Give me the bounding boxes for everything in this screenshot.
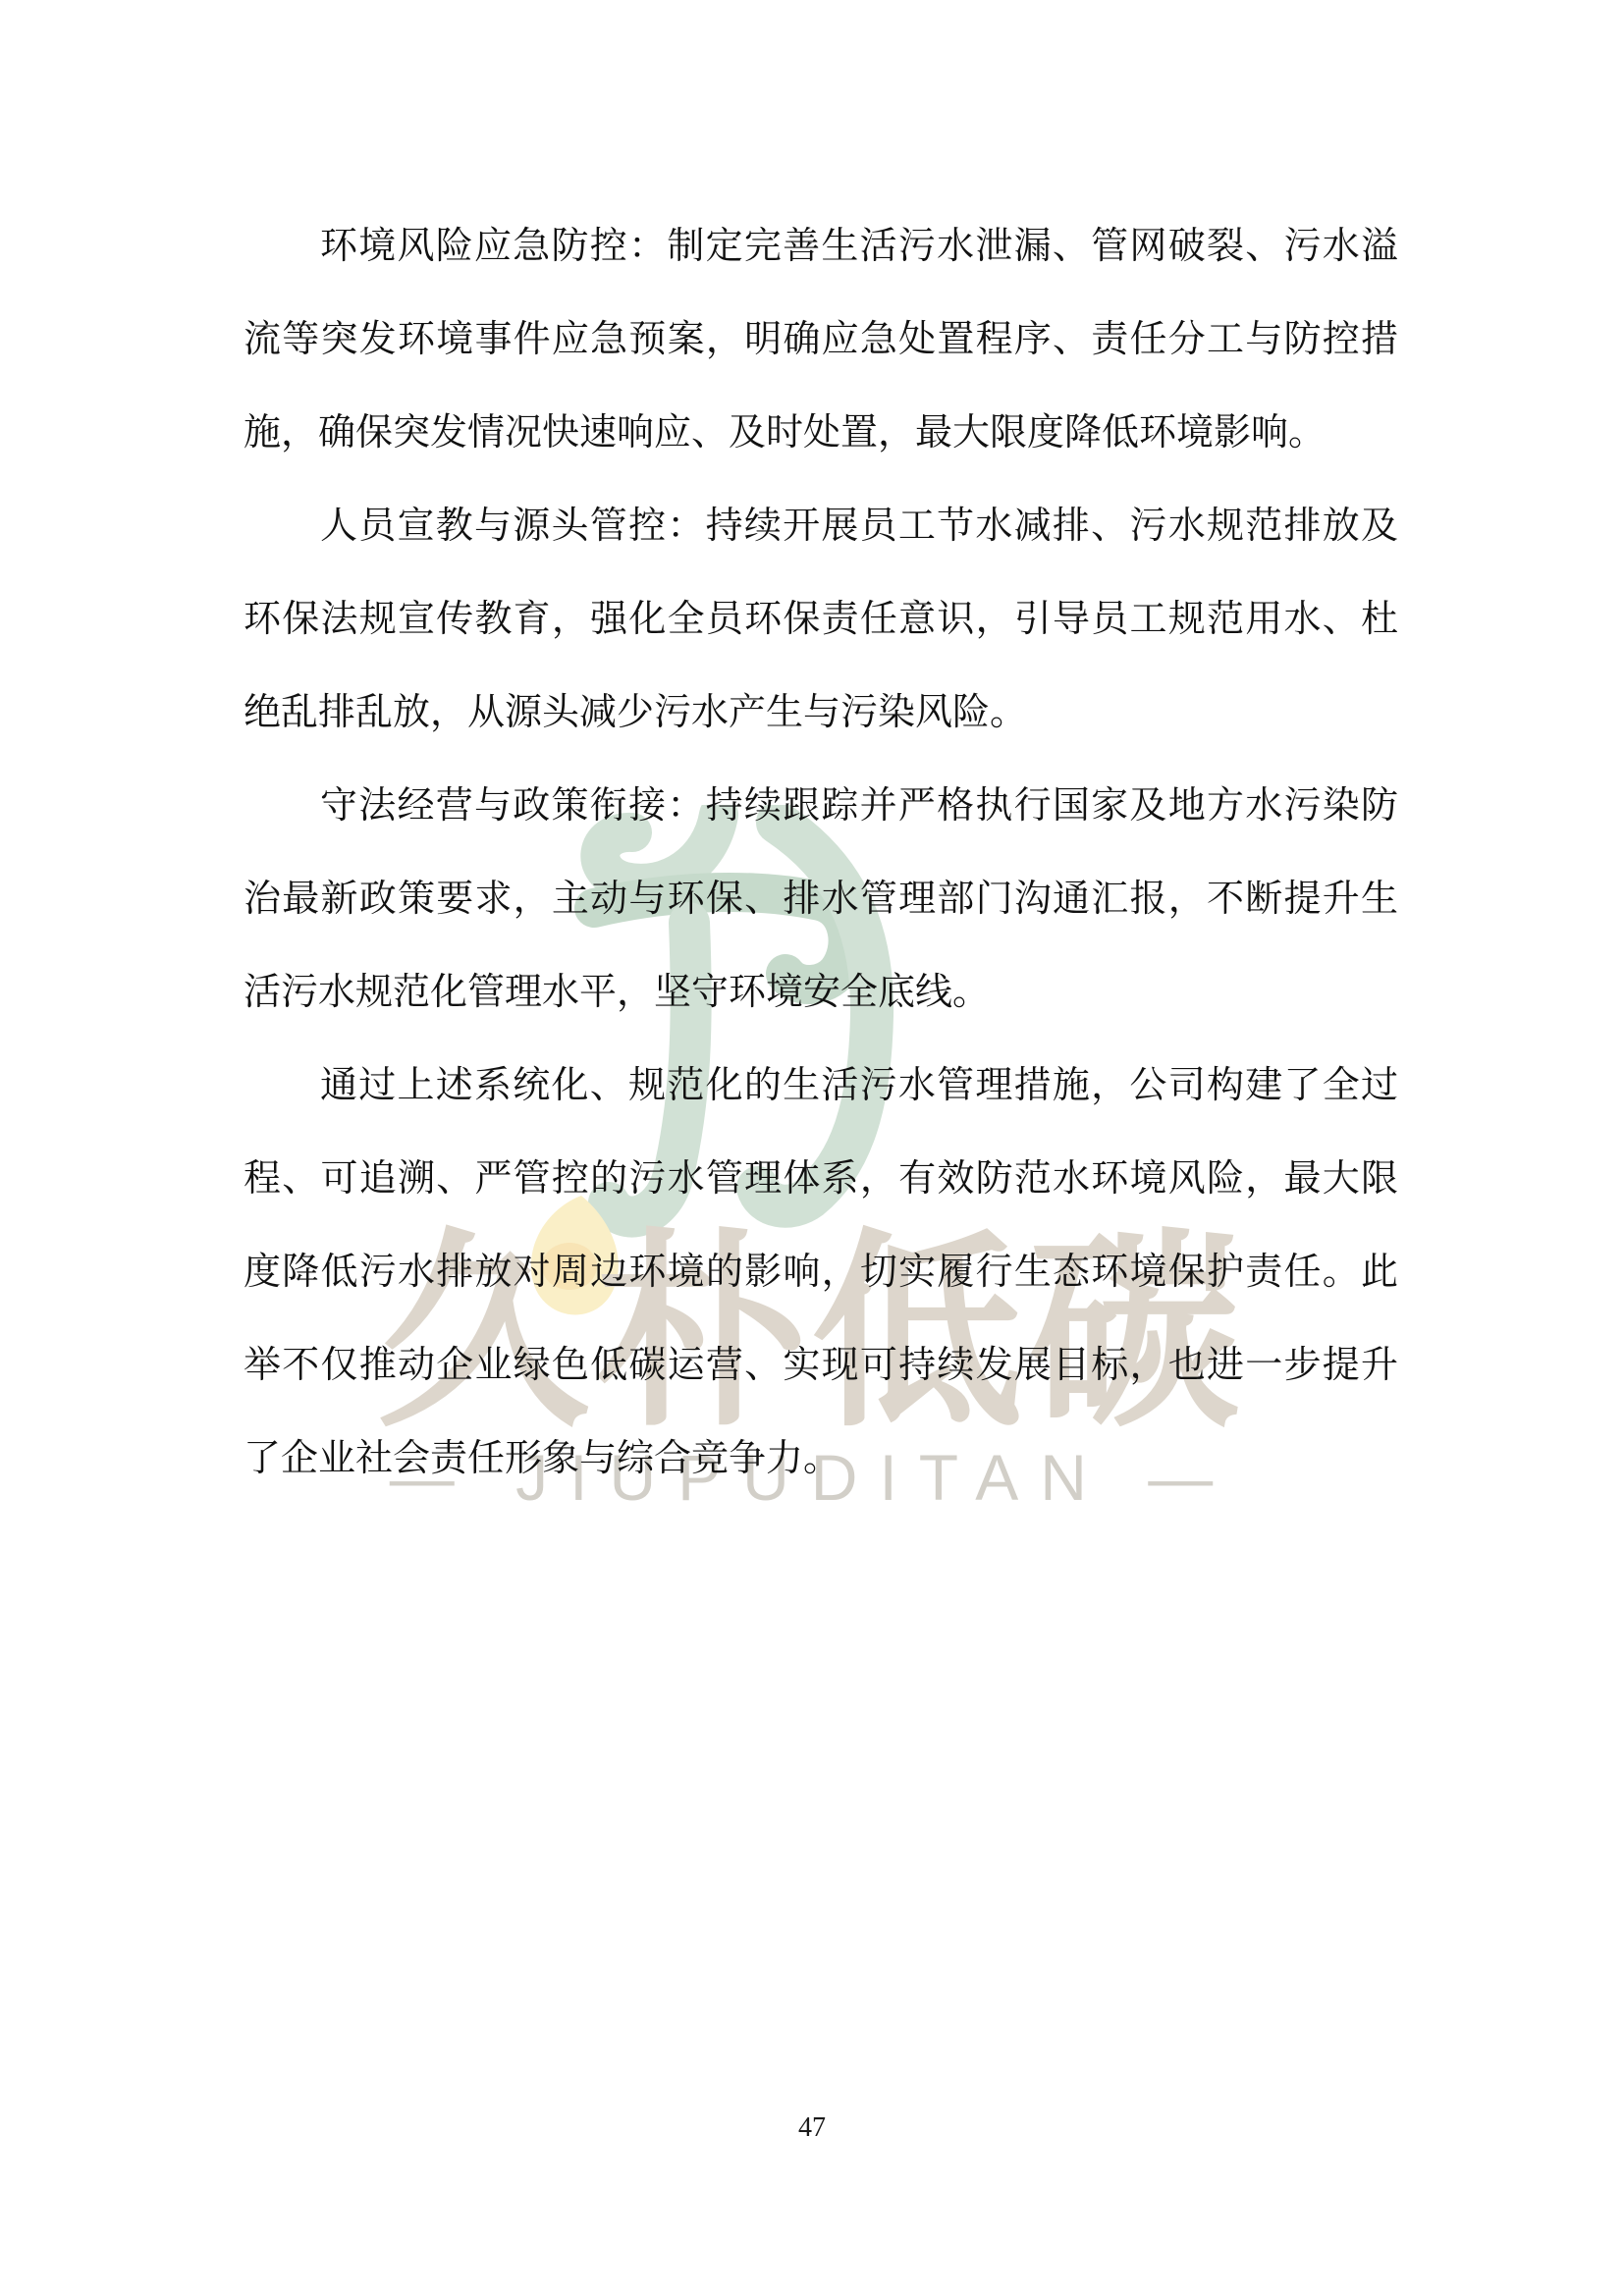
paragraph-line: 流等突发环境事件应急预案，明确应急处置程序、责任分工与防控措 xyxy=(244,294,1398,387)
paragraph-line: 环境风险应急防控：制定完善生活污水泄漏、管网破裂、污水溢 xyxy=(244,200,1398,294)
paragraph: 通过上述系统化、规范化的生活污水管理措施，公司构建了全过 程、可追溯、严管控的污… xyxy=(244,1040,1398,1506)
paragraph-line: 举不仅推动企业绿色低碳运营、实现可持续发展目标，也进一步提升 xyxy=(244,1319,1398,1413)
paragraph-line: 人员宣教与源头管控：持续开展员工节水减排、污水规范排放及 xyxy=(244,480,1398,573)
page-number: 47 xyxy=(0,2112,1624,2144)
document-page: 久朴低碳 — JIUPUDITAN — 环境风险应急防控：制定完善生活污水泄漏、… xyxy=(0,0,1624,2296)
paragraph-line: 施，确保突发情况快速响应、及时处置，最大限度降低环境影响。 xyxy=(244,387,1398,480)
paragraph-line: 治最新政策要求，主动与环保、排水管理部门沟通汇报，不断提升生 xyxy=(244,853,1398,946)
paragraph: 人员宣教与源头管控：持续开展员工节水减排、污水规范排放及 环保法规宣传教育，强化… xyxy=(244,480,1398,760)
paragraph: 守法经营与政策衔接：持续跟踪并严格执行国家及地方水污染防 治最新政策要求，主动与… xyxy=(244,760,1398,1040)
paragraph-line: 度降低污水排放对周边环境的影响，切实履行生态环境保护责任。此 xyxy=(244,1226,1398,1319)
paragraph-line: 绝乱排乱放，从源头减少污水产生与污染风险。 xyxy=(244,667,1398,760)
paragraph: 环境风险应急防控：制定完善生活污水泄漏、管网破裂、污水溢 流等突发环境事件应急预… xyxy=(244,200,1398,480)
paragraph-line: 守法经营与政策衔接：持续跟踪并严格执行国家及地方水污染防 xyxy=(244,760,1398,853)
document-body: 环境风险应急防控：制定完善生活污水泄漏、管网破裂、污水溢 流等突发环境事件应急预… xyxy=(244,200,1398,1506)
paragraph-line: 程、可追溯、严管控的污水管理体系，有效防范水环境风险，最大限 xyxy=(244,1133,1398,1226)
paragraph-line: 环保法规宣传教育，强化全员环保责任意识，引导员工规范用水、杜 xyxy=(244,573,1398,667)
paragraph-line: 通过上述系统化、规范化的生活污水管理措施，公司构建了全过 xyxy=(244,1040,1398,1133)
paragraph-line: 活污水规范化管理水平，坚守环境安全底线。 xyxy=(244,946,1398,1040)
paragraph-line: 了企业社会责任形象与综合竞争力。 xyxy=(244,1413,1398,1506)
